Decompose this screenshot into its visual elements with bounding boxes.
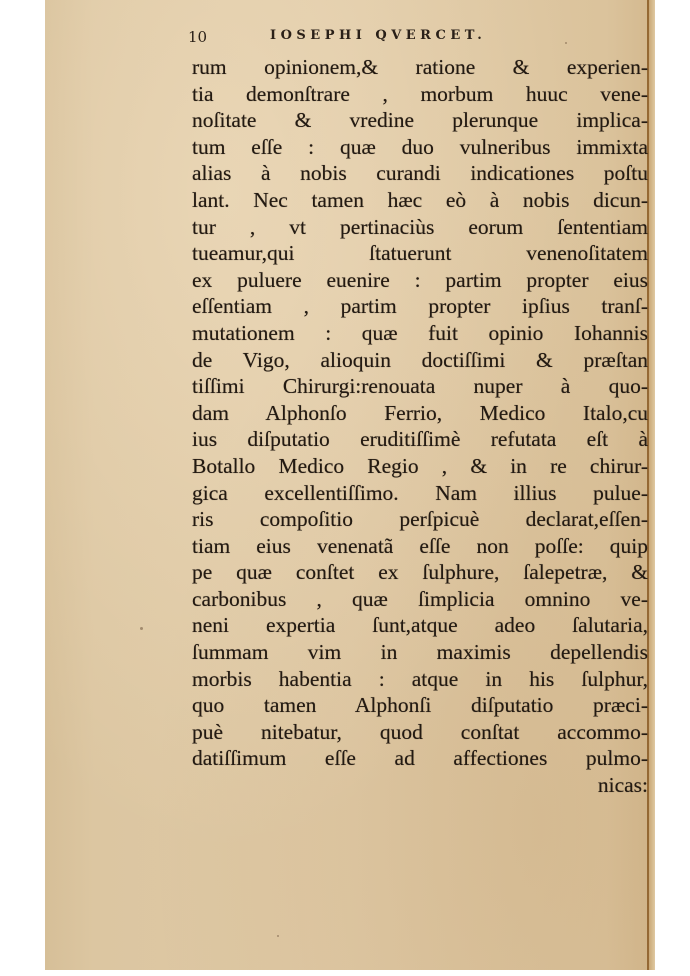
text-line: alias à nobis curandi indicationes poſtu [192,160,648,187]
page-number: 10 [188,28,207,46]
text-line: tueamur,qui ſtatuerunt venenoſitatem [192,240,648,267]
text-line: quo tamen Alphonſi diſputatio præci- [192,692,648,719]
text-line: mutationem : quæ fuit opinio Iohannis [192,320,648,347]
text-line: pe quæ conſtet ex ſulphure, ſalepetræ, & [192,559,648,586]
text-line: carbonibus , quæ ſimplicia omnino ve- [192,586,648,613]
text-line: ex puluere euenire : partim propter eius [192,267,648,294]
text-line: eſſentiam , partim propter ipſius tranſ- [192,293,648,320]
text-line: neni expertia ſunt,atque adeo ſalutaria, [192,612,648,639]
page-header: 10 IOSEPHI QVERCET. [188,26,608,48]
text-line: ius diſputatio eruditiſſimè refutata eſt… [192,426,648,453]
text-line: puè nitebatur, quod conſtat accommo- [192,719,648,746]
paper-speck [277,935,279,937]
running-head: IOSEPHI QVERCET. [270,28,486,43]
text-line: tur , vt pertinaciùs eorum ſententiam [192,214,648,241]
text-line: dam Alphonſo Ferrio, Medico Italo,cu [192,400,648,427]
text-line: Botallo Medico Regio , & in re chirur- [192,453,648,480]
text-line: morbis habentia : atque in his ſulphur, [192,666,648,693]
text-line: de Vigo, alioquin doctiſſimi & præſtan [192,347,648,374]
body-text: rum opinionem,& ratione & experien- tia … [192,54,648,799]
text-line: ſummam vim in maximis depellendis [192,639,648,666]
text-line: tiam eius venenatã eſſe non poſſe: quip [192,533,648,560]
text-line: tiſſimi Chirurgi:renouata nuper à quo- [192,373,648,400]
text-line: rum opinionem,& ratione & experien- [192,54,648,81]
text-line: ris compoſitio perſpicuè declarat,eſſen- [192,506,648,533]
text-line: gica excellentiſſimo. Nam illius pulue- [192,480,648,507]
page-edge-shadow [649,0,655,970]
catchword-line: nicas: [192,772,648,799]
text-line: noſitate & vredine plerunque implica- [192,107,648,134]
text-line: datiſſimum eſſe ad affectiones pulmo- [192,745,648,772]
paper-speck [140,627,143,630]
text-line: tia demonſtrare , morbum huuc vene- [192,81,648,108]
text-line: lant. Nec tamen hæc eò à nobis dicun- [192,187,648,214]
book-page: 10 IOSEPHI QVERCET. rum opinionem,& rati… [45,0,655,970]
text-line: tum eſſe : quæ duo vulneribus immixta [192,134,648,161]
